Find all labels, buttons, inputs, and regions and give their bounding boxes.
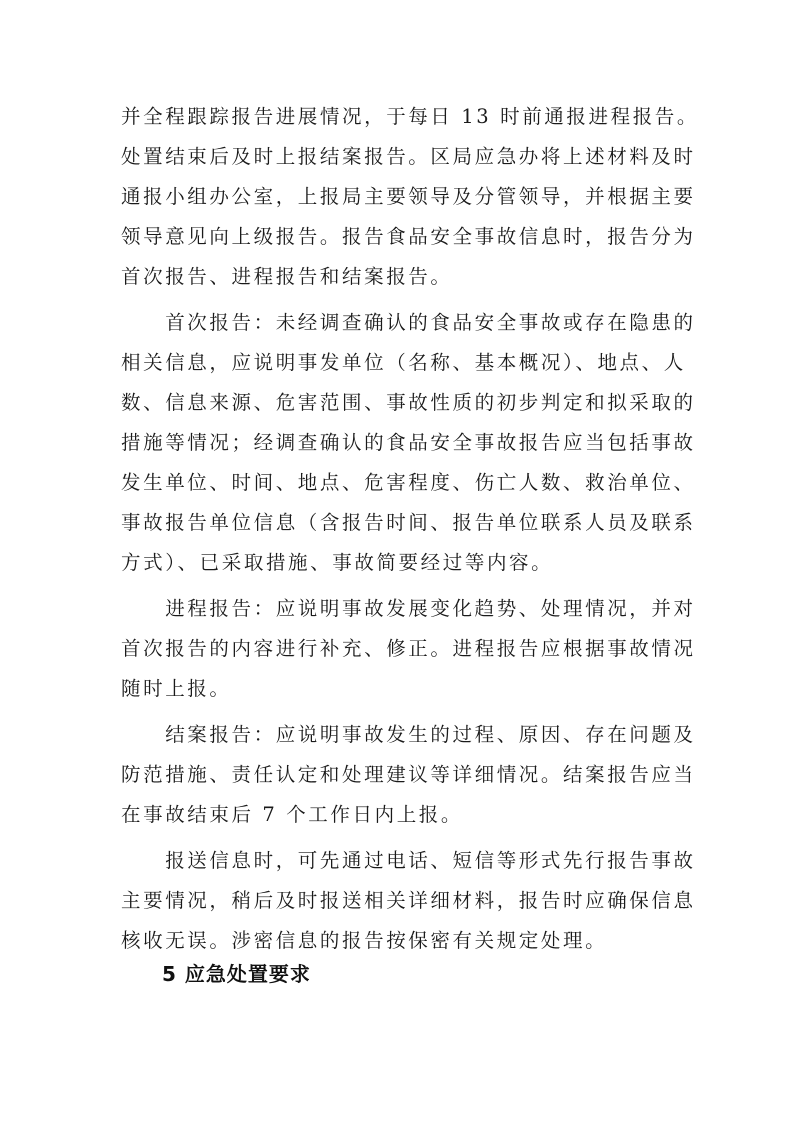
- text-line: 结案报告：应说明事故发生的过程、原因、存在问题及: [121, 715, 681, 755]
- text-line: 随时上报。: [121, 669, 681, 709]
- text-line: 首次报告的内容进行补充、修正。进程报告应根据事故情况: [121, 629, 681, 669]
- paragraph-initial-report: 首次报告：未经调查确认的食品安全事故或存在隐患的 相关信息，应说明事发单位（名称…: [121, 303, 681, 583]
- text-line: 防范措施、责任认定和处理建议等详细情况。结案报告应当: [121, 755, 681, 795]
- text-line: 并全程跟踪报告进展情况，于每日 13 时前通报进程报告。: [121, 97, 681, 137]
- text-line: 发生单位、时间、地点、危害程度、伤亡人数、救治单位、: [121, 463, 681, 503]
- text-line: 进程报告：应说明事故发展变化趋势、处理情况，并对: [121, 589, 681, 629]
- text-line: 主要情况，稍后及时报送相关详细材料，报告时应确保信息: [121, 881, 681, 921]
- text-line: 首次报告：未经调查确认的食品安全事故或存在隐患的: [121, 303, 681, 343]
- text-line: 事故报告单位信息（含报告时间、报告单位联系人员及联系: [121, 503, 681, 543]
- text-line: 处置结束后及时上报结案报告。区局应急办将上述材料及时: [121, 137, 681, 177]
- paragraph-progress-report: 进程报告：应说明事故发展变化趋势、处理情况，并对 首次报告的内容进行补充、修正。…: [121, 589, 681, 709]
- document-body: 并全程跟踪报告进展情况，于每日 13 时前通报进程报告。 处置结束后及时上报结案…: [121, 97, 681, 961]
- paragraph-final-report: 结案报告：应说明事故发生的过程、原因、存在问题及 防范措施、责任认定和处理建议等…: [121, 715, 681, 835]
- text-line: 领导意见向上级报告。报告食品安全事故信息时，报告分为: [121, 217, 681, 257]
- text-line: 通报小组办公室，上报局主要领导及分管领导，并根据主要: [121, 177, 681, 217]
- paragraph-submission-method: 报送信息时，可先通过电话、短信等形式先行报告事故 主要情况，稍后及时报送相关详细…: [121, 841, 681, 961]
- text-line: 首次报告、进程报告和结案报告。: [121, 257, 681, 297]
- text-line: 在事故结束后 7 个工作日内上报。: [121, 795, 681, 835]
- text-line: 数、信息来源、危害范围、事故性质的初步判定和拟采取的: [121, 383, 681, 423]
- text-line: 报送信息时，可先通过电话、短信等形式先行报告事故: [121, 841, 681, 881]
- section-heading: 5 应急处置要求: [162, 958, 311, 987]
- text-line: 方式）、已采取措施、事故简要经过等内容。: [121, 543, 681, 583]
- text-line: 措施等情况；经调查确认的食品安全事故报告应当包括事故: [121, 423, 681, 463]
- paragraph-reporting-overview: 并全程跟踪报告进展情况，于每日 13 时前通报进程报告。 处置结束后及时上报结案…: [121, 97, 681, 297]
- text-line: 核收无误。涉密信息的报告按保密有关规定处理。: [121, 921, 681, 961]
- text-line: 相关信息，应说明事发单位（名称、基本概况）、地点、人: [121, 343, 681, 383]
